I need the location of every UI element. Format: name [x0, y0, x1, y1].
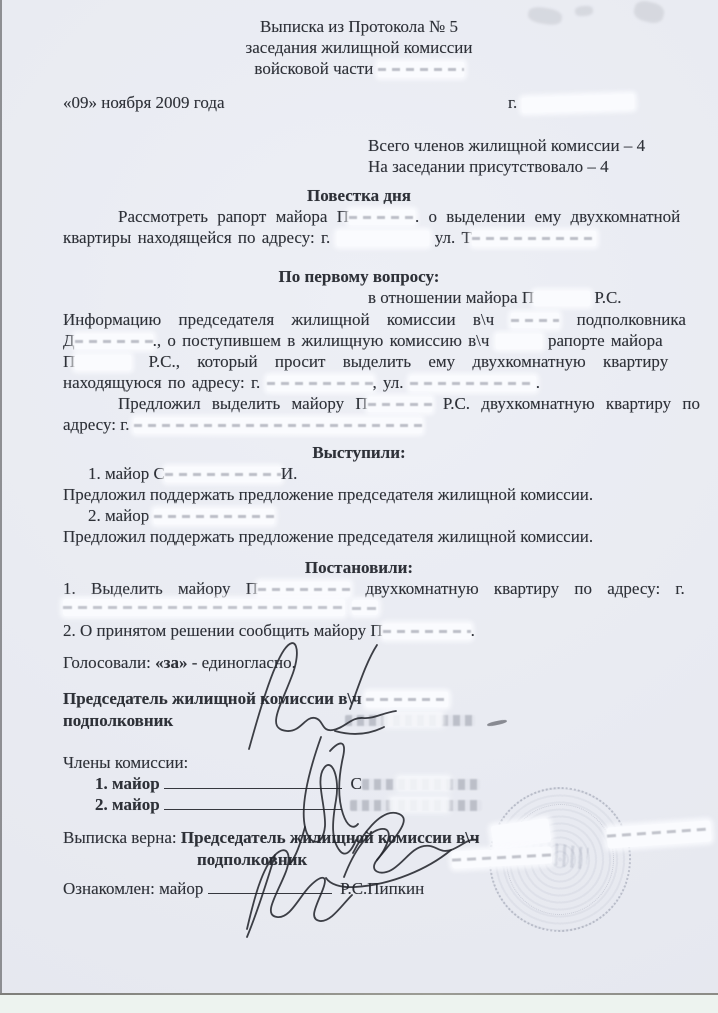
redaction-surname	[383, 624, 471, 639]
resolution-item1: 1. Выделить майору П двухкомнатную кварт…	[63, 578, 685, 599]
agenda-line1: Рассмотреть рапорт майора П. о выделении…	[118, 206, 680, 227]
voting-line: Голосовали: «за» - единогласно.	[63, 652, 296, 673]
question1-re-line: в отношении майора П Р.С.	[368, 287, 622, 308]
speaker1-support: Предложил поддержать предложение председ…	[63, 484, 593, 505]
proposal-line1-pre: Предложил выделить майору П	[118, 394, 368, 413]
redaction-surname	[75, 334, 153, 349]
resolution-item1-post: двухкомнатную квартиру по адресу: г.	[365, 579, 684, 598]
info-line4-end: .	[536, 373, 540, 392]
info-line2-pre: Д	[63, 331, 75, 350]
signature-line	[164, 796, 342, 810]
info-line4: находящуюся по адресу: г. , ул. .	[63, 372, 540, 393]
resolution-item1-pre: 1. Выделить майору П	[63, 579, 258, 598]
redaction-surname	[258, 582, 350, 597]
info-line1: Информацию председателя жилищной комисси…	[63, 309, 686, 330]
redaction-surname	[154, 509, 274, 524]
speakers-heading: Выступили:	[0, 442, 718, 463]
redaction-unit-number	[366, 692, 448, 707]
ack-label: Ознакомлен: майор	[63, 879, 203, 898]
voting-pre: Голосовали:	[63, 653, 155, 672]
redaction-surname	[165, 467, 281, 482]
member1-line: 1. майор С	[95, 773, 480, 794]
redaction-street	[410, 376, 536, 391]
proposal-line1: Предложил выделить майору П Р.С. двухком…	[118, 393, 700, 414]
doc-city: г.	[508, 92, 634, 113]
proposal-line1-post: Р.С. двухкомнатную квартиру по	[443, 394, 700, 413]
redaction-unit-number	[496, 334, 542, 349]
agenda-line1-pre: Рассмотреть рапорт майора П	[118, 207, 349, 226]
redaction-street	[472, 231, 596, 246]
info-line1-pre: Информацию председателя жилищной комисси…	[63, 310, 494, 329]
members-heading: Члены комиссии:	[63, 752, 188, 773]
scanned-document-page: Выписка из Протокола № 5 заседания жилищ…	[0, 0, 718, 1013]
redaction-member2-name	[350, 800, 482, 811]
info-line3-post: Р.С., который просит выделить ему двухко…	[149, 352, 669, 371]
voting-post: - единогласно.	[187, 653, 295, 672]
speaker1-line: 1. майор СИ.	[88, 463, 297, 484]
info-line2: Д., о поступившем в жилищную комиссию в\…	[63, 330, 663, 351]
ack-line: Ознакомлен: майор Р.С.Пипкин	[63, 878, 424, 899]
redaction-unit-number	[511, 313, 559, 328]
resolution-item2: 2. О принятом решении сообщить майору П.	[63, 620, 475, 641]
member1-label: 1. майор	[95, 774, 160, 793]
info-line1-post: подполковника	[577, 310, 686, 329]
copy-line: Выписка верна: Председатель жилищной ком…	[63, 827, 480, 848]
speaker1-pre: 1. майор С	[88, 464, 165, 483]
resolution-item2-end: .	[471, 621, 475, 640]
redaction-surname	[75, 355, 131, 370]
chair-title: Председатель жилищной комиссии в\ч	[63, 689, 362, 708]
question1-heading: По первому вопросу:	[0, 266, 718, 287]
member2-label: 2. майор	[95, 795, 160, 814]
info-line4-mid: , ул.	[373, 373, 404, 392]
military-unit-label: войсковой части	[254, 59, 373, 78]
agenda-line2-mid: ул. Т	[435, 228, 472, 247]
ack-name: Р.С.Пипкин	[340, 879, 424, 898]
copy-prefix: Выписка верна:	[63, 828, 181, 847]
agenda-line1-post: . о выделении ему двухкомнатной	[415, 207, 680, 226]
redaction-address-line	[63, 599, 345, 616]
chair-title-line: Председатель жилищной комиссии в\ч	[63, 688, 448, 709]
speaker1-end: И.	[281, 464, 298, 483]
doc-title-line1: Выписка из Протокола № 5	[0, 16, 718, 37]
member1-initial: С	[350, 774, 361, 793]
doc-title-line2: заседания жилищной комиссии	[0, 37, 718, 58]
redaction-surname	[368, 397, 432, 412]
info-line3: П Р.С., который просит выделить ему двух…	[63, 351, 668, 372]
redaction-surname	[349, 210, 415, 225]
agenda-heading: Повестка дня	[0, 185, 718, 206]
scan-edge-left	[0, 0, 2, 995]
agenda-line2-pre: квартиры находящейся по адресу: г.	[63, 228, 330, 247]
redaction-member1-name	[362, 779, 480, 790]
chair-rank-line: подполковник	[63, 710, 173, 731]
chair-signature	[335, 727, 384, 734]
pen-mark	[487, 719, 507, 727]
info-line2-post: рапорте майора	[548, 331, 663, 350]
redaction-address	[134, 418, 422, 433]
redaction-address-line	[352, 600, 378, 615]
scanner-bed	[0, 995, 718, 1013]
city-prefix: г.	[508, 93, 517, 112]
copy-title: Председатель жилищной комиссии в\ч	[181, 828, 480, 847]
info-line2-mid: ., о поступившем в жилищную комиссию в\ч	[153, 331, 490, 350]
signature-line	[164, 775, 342, 789]
members-total: Всего членов жилищной комиссии – 4	[368, 135, 645, 156]
speaker2-support: Предложил поддержать предложение председ…	[63, 526, 593, 547]
redaction-city	[521, 94, 633, 113]
re-pre: в отношении майора П	[368, 288, 534, 307]
voting-emph: «за»	[155, 653, 187, 672]
re-post: Р.С.	[594, 288, 621, 307]
redaction-chair-name	[345, 715, 475, 726]
resolution-item2-pre: 2. О принятом решении сообщить майору П	[63, 621, 383, 640]
members-present: На заседании присутствовало – 4	[368, 156, 609, 177]
redaction-surname	[534, 291, 590, 306]
agenda-line2: квартиры находящейся по адресу: г. ул. Т	[63, 227, 596, 248]
proposal-line2: адресу: г.	[63, 414, 422, 435]
info-line4-pre: находящуюся по адресу: г.	[63, 373, 260, 392]
redaction-unit-number	[378, 62, 464, 77]
info-line3-pre: П	[63, 352, 75, 371]
doc-date: «09» ноября 2009 года	[63, 92, 225, 113]
redaction-city	[267, 376, 373, 391]
speaker2-line: 2. майор	[88, 505, 274, 526]
doc-title-line3: войсковой части	[0, 58, 718, 79]
copy-rank-line: подполковник	[197, 849, 307, 870]
resolution-heading: Постановили:	[0, 557, 718, 578]
proposal-line2-pre: адресу: г.	[63, 415, 130, 434]
redaction-city	[337, 231, 429, 246]
member2-line: 2. майор	[95, 794, 482, 815]
signature-line	[208, 880, 332, 894]
speaker2-pre: 2. майор	[88, 506, 149, 525]
